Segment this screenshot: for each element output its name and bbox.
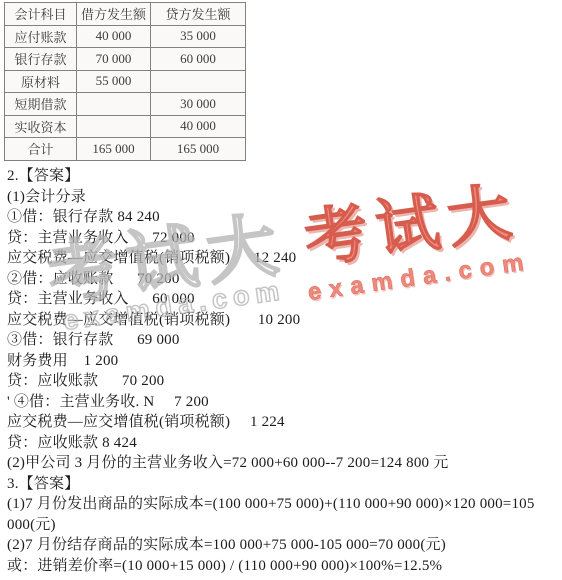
cell-subject: 原材料 bbox=[5, 70, 77, 93]
answer-heading-3: 3.【答案】 bbox=[7, 474, 562, 495]
answer-heading-2: 2.【答案】 bbox=[7, 166, 562, 187]
cell-subject: 合计 bbox=[5, 138, 77, 161]
answer-line: 贷：主营业务收入 72 000 bbox=[7, 228, 562, 249]
cell-credit: 30 000 bbox=[151, 93, 246, 116]
account-summary-table: 会计科目 借方发生额 贷方发生额 应付账款 40 000 35 000 银行存款… bbox=[4, 2, 246, 161]
answer-line: 贷：主营业务收入 60 000 bbox=[7, 289, 562, 310]
header-debit: 借方发生额 bbox=[77, 3, 151, 26]
answer-line: 贷：应收账款 70 200 bbox=[7, 371, 562, 392]
cell-subject: 实收资本 bbox=[5, 115, 77, 138]
answer-line: 应交税费—应交增值税(销项税额) 10 200 bbox=[7, 310, 562, 331]
answer-line: 000(元) bbox=[7, 515, 562, 536]
cell-credit: 35 000 bbox=[151, 25, 246, 48]
answer-line: 应交税费—应交增值税(销项税额) 12 240 bbox=[7, 248, 562, 269]
table-row: 原材料 55 000 bbox=[5, 70, 246, 93]
answer-line: ' ④借：主营业务收. N 7 200 bbox=[7, 392, 562, 413]
table-row: 银行存款 70 000 60 000 bbox=[5, 48, 246, 71]
answer-line: 贷：应收账款 8 424 bbox=[7, 433, 562, 454]
cell-subject: 银行存款 bbox=[5, 48, 77, 71]
cell-credit bbox=[151, 70, 246, 93]
cell-debit bbox=[77, 93, 151, 116]
cell-credit: 165 000 bbox=[151, 138, 246, 161]
answer-line: 财务费用 1 200 bbox=[7, 351, 562, 372]
cell-debit: 55 000 bbox=[77, 70, 151, 93]
answer-line: (1)会计分录 bbox=[7, 187, 562, 208]
cell-debit: 70 000 bbox=[77, 48, 151, 71]
answer-line: (2)7 月份结存商品的实际成本=100 000+75 000-105 000=… bbox=[7, 535, 562, 556]
document-page: 会计科目 借方发生额 贷方发生额 应付账款 40 000 35 000 银行存款… bbox=[0, 0, 562, 580]
answer-line: (1)7 月份发出商品的实际成本=(100 000+75 000)+(110 0… bbox=[7, 494, 562, 515]
header-subject: 会计科目 bbox=[5, 3, 77, 26]
answer-line: ①借：银行存款 84 240 bbox=[7, 207, 562, 228]
cell-credit: 40 000 bbox=[151, 115, 246, 138]
answer-line: 应交税费—应交增值税(销项税额) 1 224 bbox=[7, 412, 562, 433]
cell-subject: 应付账款 bbox=[5, 25, 77, 48]
table-header-row: 会计科目 借方发生额 贷方发生额 bbox=[5, 3, 246, 26]
answer-line: 或：进销差价率=(10 000+15 000) / (110 000+90 00… bbox=[7, 556, 562, 577]
answer-line: (2)甲公司 3 月份的主营业务收入=72 000+60 000--7 200=… bbox=[7, 453, 562, 474]
table-total-row: 合计 165 000 165 000 bbox=[5, 138, 246, 161]
table-row: 应付账款 40 000 35 000 bbox=[5, 25, 246, 48]
answer-line: ③借：银行存款 69 000 bbox=[7, 330, 562, 351]
answers-text-block: 2.【答案】 (1)会计分录 ①借：银行存款 84 240 贷：主营业务收入 7… bbox=[7, 166, 562, 576]
cell-subject: 短期借款 bbox=[5, 93, 77, 116]
table-row: 短期借款 30 000 bbox=[5, 93, 246, 116]
cell-debit: 40 000 bbox=[77, 25, 151, 48]
table-row: 实收资本 40 000 bbox=[5, 115, 246, 138]
cell-debit: 165 000 bbox=[77, 138, 151, 161]
answer-line: ②借：应收账款 70 200 bbox=[7, 269, 562, 290]
header-credit: 贷方发生额 bbox=[151, 3, 246, 26]
cell-debit bbox=[77, 115, 151, 138]
cell-credit: 60 000 bbox=[151, 48, 246, 71]
